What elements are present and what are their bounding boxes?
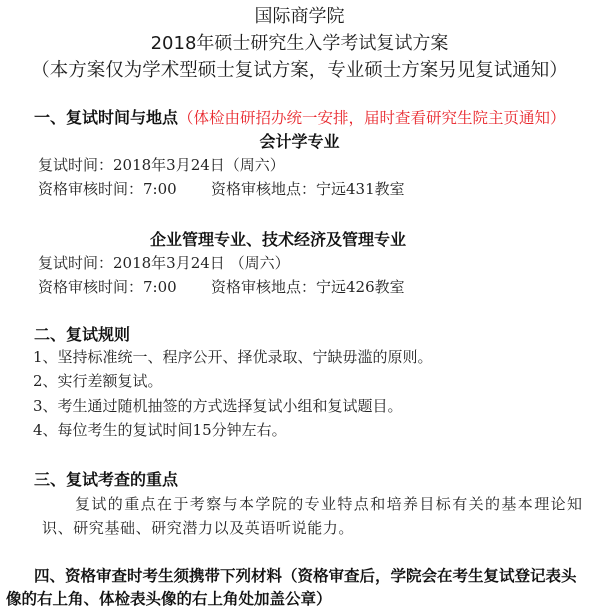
section3-heading: 三、复试考查的重点 — [34, 472, 178, 488]
management-qualification-time: 资格审核时间：7:00 — [38, 280, 177, 295]
accounting-retest-time: 复试时间：2018年3月24日（周六） — [38, 158, 285, 173]
section2-heading: 二、复试规则 — [34, 327, 130, 343]
section4-heading-line1: 四、资格审查时考生须携带下列材料（资格审查后，学院会在考生复试登记表头 — [34, 569, 577, 585]
major-accounting-heading: 会计学专业 — [0, 134, 599, 150]
section3-paragraph-line1: 复试的重点在于考察与本学院的专业特点和培养目标有关的基本理论知 — [75, 497, 583, 512]
major-management-heading: 企业管理专业、技术经济及管理专业 — [150, 232, 406, 248]
accounting-qualification-place: 资格审核地点：宁远431教室 — [211, 182, 405, 197]
management-qualification-place: 资格审核地点：宁远426教室 — [211, 280, 405, 295]
section1-heading-row: 一、复试时间与地点（体检由研招办统一安排，届时查看研究生院主页通知） — [34, 110, 566, 127]
rule-item: 2、实行差额复试。 — [33, 374, 163, 389]
document-title: 2018年硕士研究生入学考试复试方案 — [0, 35, 599, 53]
school-name: 国际商学院 — [0, 8, 599, 26]
rule-item: 4、每位考生的复试时间15分钟左右。 — [33, 423, 287, 438]
section1-note: （体检由研招办统一安排，届时查看研究生院主页通知） — [178, 109, 566, 127]
document-subtitle: （本方案仅为学术型硕士复试方案，专业硕士方案另见复试通知） — [0, 62, 599, 81]
rule-item: 3、考生通过随机抽签的方式选择复试小组和复试题目。 — [33, 399, 403, 414]
rule-item: 1、坚持标准统一、程序公开、择优录取、宁缺毋滥的原则。 — [33, 350, 433, 365]
section3-paragraph-line2: 识、研究基础、研究潜力以及英语听说能力。 — [42, 521, 354, 536]
management-retest-time: 复试时间：2018年3月24日 （周六） — [38, 256, 290, 271]
accounting-qualification-time: 资格审核时间：7:00 — [38, 182, 177, 197]
section1-heading: 一、复试时间与地点 — [34, 108, 178, 127]
section4-heading-line2: 像的右上角、体检表头像的右上角处加盖公章） — [6, 592, 332, 608]
